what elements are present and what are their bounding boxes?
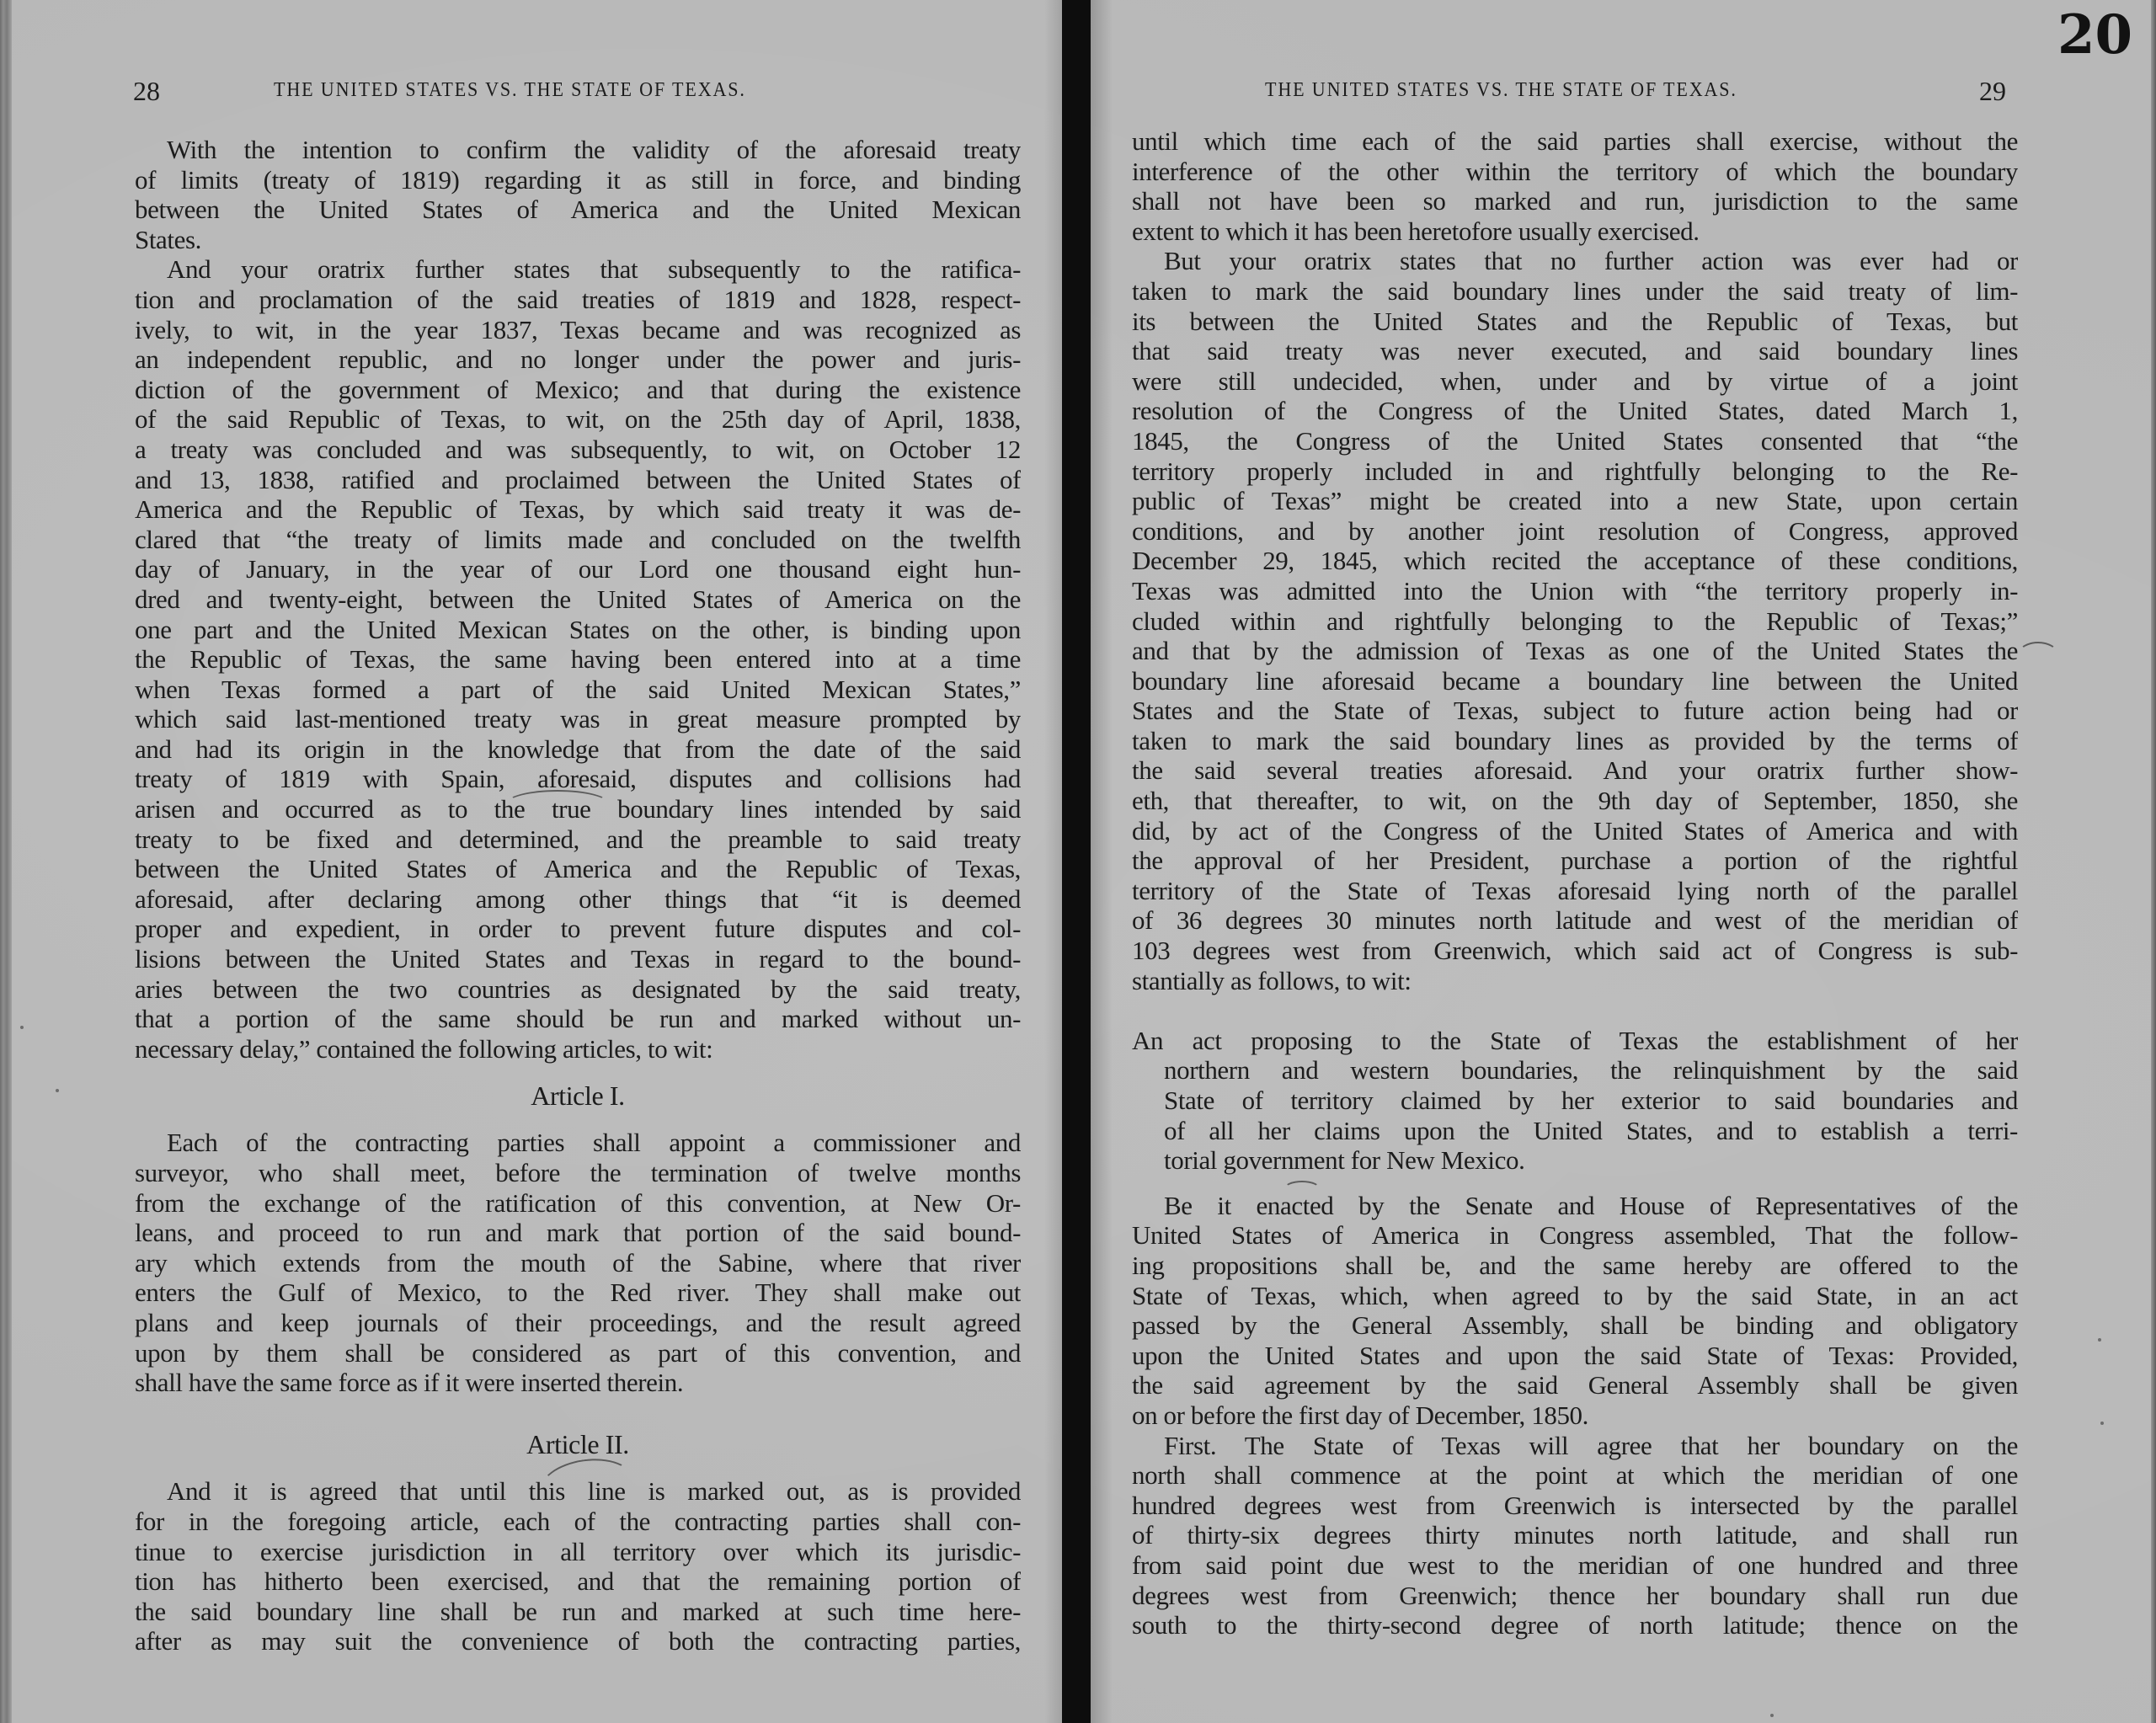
text-line: south to the thirty-second degree of nor… [1132,1610,2018,1640]
left-running-head: THE UNITED STATES VS. THE STATE OF TEXAS… [274,79,746,102]
text-line: eth, that thereafter, to wit, on the 9th… [1132,786,2018,816]
text-line: resolution of the Congress of the United… [1132,396,2018,426]
text-line: shall have the same force as if it were … [135,1368,1021,1398]
text-line: when Texas formed a part of the said Uni… [135,675,1021,705]
spacer [135,1064,1021,1079]
text-line: of limits (treaty of 1819) regarding it … [135,165,1021,195]
paragraph-no-further-action: But your oratrix states that no further … [1132,246,2018,995]
text-line: torial government for New Mexico. [1132,1145,2018,1176]
right-page: 20 THE UNITED STATES VS. THE STATE OF TE… [1091,0,2156,1723]
act-title: An act proposing to the State of Texas t… [1132,1026,2018,1176]
text-line: aforesaid, after declaring among other t… [135,884,1021,915]
text-line: aries between the two countries as desig… [135,974,1021,1005]
text-line: leans, and proceed to run and mark that … [135,1218,1021,1248]
spacer [1132,1176,2018,1191]
scan-speck [2100,1422,2104,1425]
text-line: America and the Republic of Texas, by wh… [135,494,1021,525]
text-line: until which time each of the said partie… [1132,126,2018,157]
text-line: territory of the State of Texas aforesai… [1132,876,2018,906]
text-line: 103 degrees west from Greenwich, which s… [1132,936,2018,966]
text-line: boundary line aforesaid became a boundar… [1132,666,2018,696]
text-line: northern and western boundaries, the rel… [1132,1055,2018,1086]
text-line: proper and expedient, in order to preven… [135,914,1021,944]
text-line: 1845, the Congress of the United States … [1132,426,2018,456]
text-line: But your oratrix states that no further … [1132,246,2018,276]
text-line: the said boundary line shall be run and … [135,1597,1021,1627]
text-line: treaty of 1819 with Spain, aforesaid, di… [135,764,1021,794]
scan-speck [1770,1714,1774,1717]
right-page-number: 29 [1979,76,2006,107]
paragraph-oratrix-states: And your oratrix further states that sub… [135,254,1021,1064]
text-line: clared that “the treaty of limits made a… [135,525,1021,555]
pencil-annotation-mark [2018,642,2058,667]
text-line: were still undecided, when, under and by… [1132,366,2018,397]
text-line: ary which extends from the mouth of the … [135,1248,1021,1278]
spacer [1132,995,2018,1026]
text-line: interference of the other within the ter… [1132,157,2018,187]
scan-speck [2098,1338,2101,1342]
text-line: tinue to exercise jurisdiction in all te… [135,1537,1021,1567]
text-line: States and the State of Texas, subject t… [1132,696,2018,726]
text-line: diction of the government of Mexico; and… [135,375,1021,405]
article-2-heading: Article II. [135,1427,1021,1461]
text-line: cluded within and rightfully belonging t… [1132,606,2018,637]
spacer [135,1112,1021,1128]
text-line: Each of the contracting parties shall ap… [135,1128,1021,1158]
text-line: stantially as follows, to wit: [1132,966,2018,996]
text-line: State of Texas, which, when agreed to by… [1132,1281,2018,1311]
book-spread: 28 THE UNITED STATES VS. THE STATE OF TE… [0,0,2156,1723]
text-line: between the United States of America and… [135,195,1021,225]
text-line: taken to mark the said boundary lines as… [1132,726,2018,756]
text-line: and 13, 1838, ratified and proclaimed be… [135,465,1021,495]
text-line: territory properly included in and right… [1132,456,2018,487]
left-page-body: With the intention to confirm the validi… [135,135,1021,1656]
text-line: With the intention to confirm the validi… [135,135,1021,165]
enacting-clause: Be it enacted by the Senate and House of… [1132,1191,2018,1431]
text-line: First. The State of Texas will agree tha… [1132,1431,2018,1461]
pencil-annotation-mark [1283,1181,1321,1198]
text-line: the said agreement by the said General A… [1132,1370,2018,1400]
text-line: Texas was admitted into the Union with “… [1132,576,2018,606]
text-line: north shall commence at the point at whi… [1132,1460,2018,1491]
text-line: of the said Republic of Texas, to wit, o… [135,404,1021,435]
text-line: tion and proclamation of the said treati… [135,285,1021,315]
spacer [135,1398,1021,1428]
text-line: that a portion of the same should be run… [135,1004,1021,1034]
text-line: did, by act of the Congress of the Unite… [1132,816,2018,846]
article-1-heading: Article I. [135,1079,1021,1112]
text-line: upon by them shall be considered as part… [135,1338,1021,1368]
text-line: And your oratrix further states that sub… [135,254,1021,285]
text-line: one part and the United Mexican States o… [135,615,1021,645]
text-line: conditions, and by another joint resolut… [1132,516,2018,547]
text-line: plans and keep journals of their proceed… [135,1308,1021,1338]
text-line: public of Texas” might be created into a… [1132,486,2018,516]
text-line: that said treaty was never executed, and… [1132,336,2018,366]
text-line: surveyor, who shall meet, before the ter… [135,1158,1021,1188]
text-line: United States of America in Congress ass… [1132,1220,2018,1251]
right-running-head: THE UNITED STATES VS. THE STATE OF TEXAS… [1265,79,1737,102]
text-line: taken to mark the said boundary lines un… [1132,276,2018,307]
text-line: of thirty-six degrees thirty minutes nor… [1132,1520,2018,1550]
text-line: day of January, in the year of our Lord … [135,554,1021,584]
text-line: and had its origin in the knowledge that… [135,734,1021,765]
text-line: ively, to wit, in the year 1837, Texas b… [135,315,1021,345]
pencil-annotation-mark [505,790,610,819]
text-line: and that by the admission of Texas as on… [1132,636,2018,666]
text-line: a treaty was concluded and was subsequen… [135,435,1021,465]
text-line: of 36 degrees 30 minutes north latitude … [1132,905,2018,936]
text-line: hundred degrees west from Greenwich is i… [1132,1491,2018,1521]
text-line: an independent republic, and no longer u… [135,344,1021,375]
text-line: ing propositions shall be, and the same … [1132,1251,2018,1281]
text-line: passed by the General Assembly, shall be… [1132,1310,2018,1341]
text-line: upon the United States and upon the said… [1132,1341,2018,1371]
scan-speck [56,1089,59,1092]
left-page: 28 THE UNITED STATES VS. THE STATE OF TE… [0,0,1061,1723]
scan-speck [20,1026,24,1029]
text-line: necessary delay,” contained the followin… [135,1034,1021,1064]
text-line: tion has hitherto been exercised, and th… [135,1566,1021,1597]
text-line: State of territory claimed by her exteri… [1132,1086,2018,1116]
book-gutter [1062,0,1091,1723]
text-line: the Republic of Texas, the same having b… [135,644,1021,675]
text-line: from the exchange of the ratification of… [135,1188,1021,1219]
text-line: Be it enacted by the Senate and House of… [1132,1191,2018,1221]
text-line: treaty to be fixed and determined, and t… [135,824,1021,855]
text-line: its between the United States and the Re… [1132,307,2018,337]
text-line: of all her claims upon the United States… [1132,1116,2018,1146]
text-line: An act proposing to the State of Texas t… [1132,1026,2018,1056]
text-line: the said several treaties aforesaid. And… [1132,755,2018,786]
text-line: on or before the first day of December, … [1132,1400,2018,1431]
text-line: which said last-mentioned treaty was in … [135,704,1021,734]
text-line: after as may suit the convenience of bot… [135,1626,1021,1656]
first-clause: First. The State of Texas will agree tha… [1132,1431,2018,1640]
right-page-body: until which time each of the said partie… [1132,126,2018,1640]
continuation-paragraph: until which time each of the said partie… [1132,126,2018,246]
stamp-number: 20 [2057,3,2132,67]
text-line: extent to which it has been heretofore u… [1132,216,2018,247]
text-line: the approval of her President, purchase … [1132,845,2018,876]
text-line: dred and twenty-eight, between the Unite… [135,584,1021,615]
text-line: from said point due west to the meridian… [1132,1550,2018,1581]
article-1-body: Each of the contracting parties shall ap… [135,1128,1021,1397]
text-line: December 29, 1845, which recited the acc… [1132,546,2018,576]
left-page-number: 28 [133,76,160,107]
text-line: degrees west from Greenwich; thence her … [1132,1581,2018,1611]
text-line: between the United States of America and… [135,854,1021,884]
text-line: enters the Gulf of Mexico, to the Red ri… [135,1278,1021,1308]
text-line: States. [135,225,1021,255]
text-line: shall not have been so marked and run, j… [1132,186,2018,216]
text-line: lisions between the United States and Te… [135,944,1021,974]
paragraph-treaty-1819: With the intention to confirm the validi… [135,135,1021,254]
